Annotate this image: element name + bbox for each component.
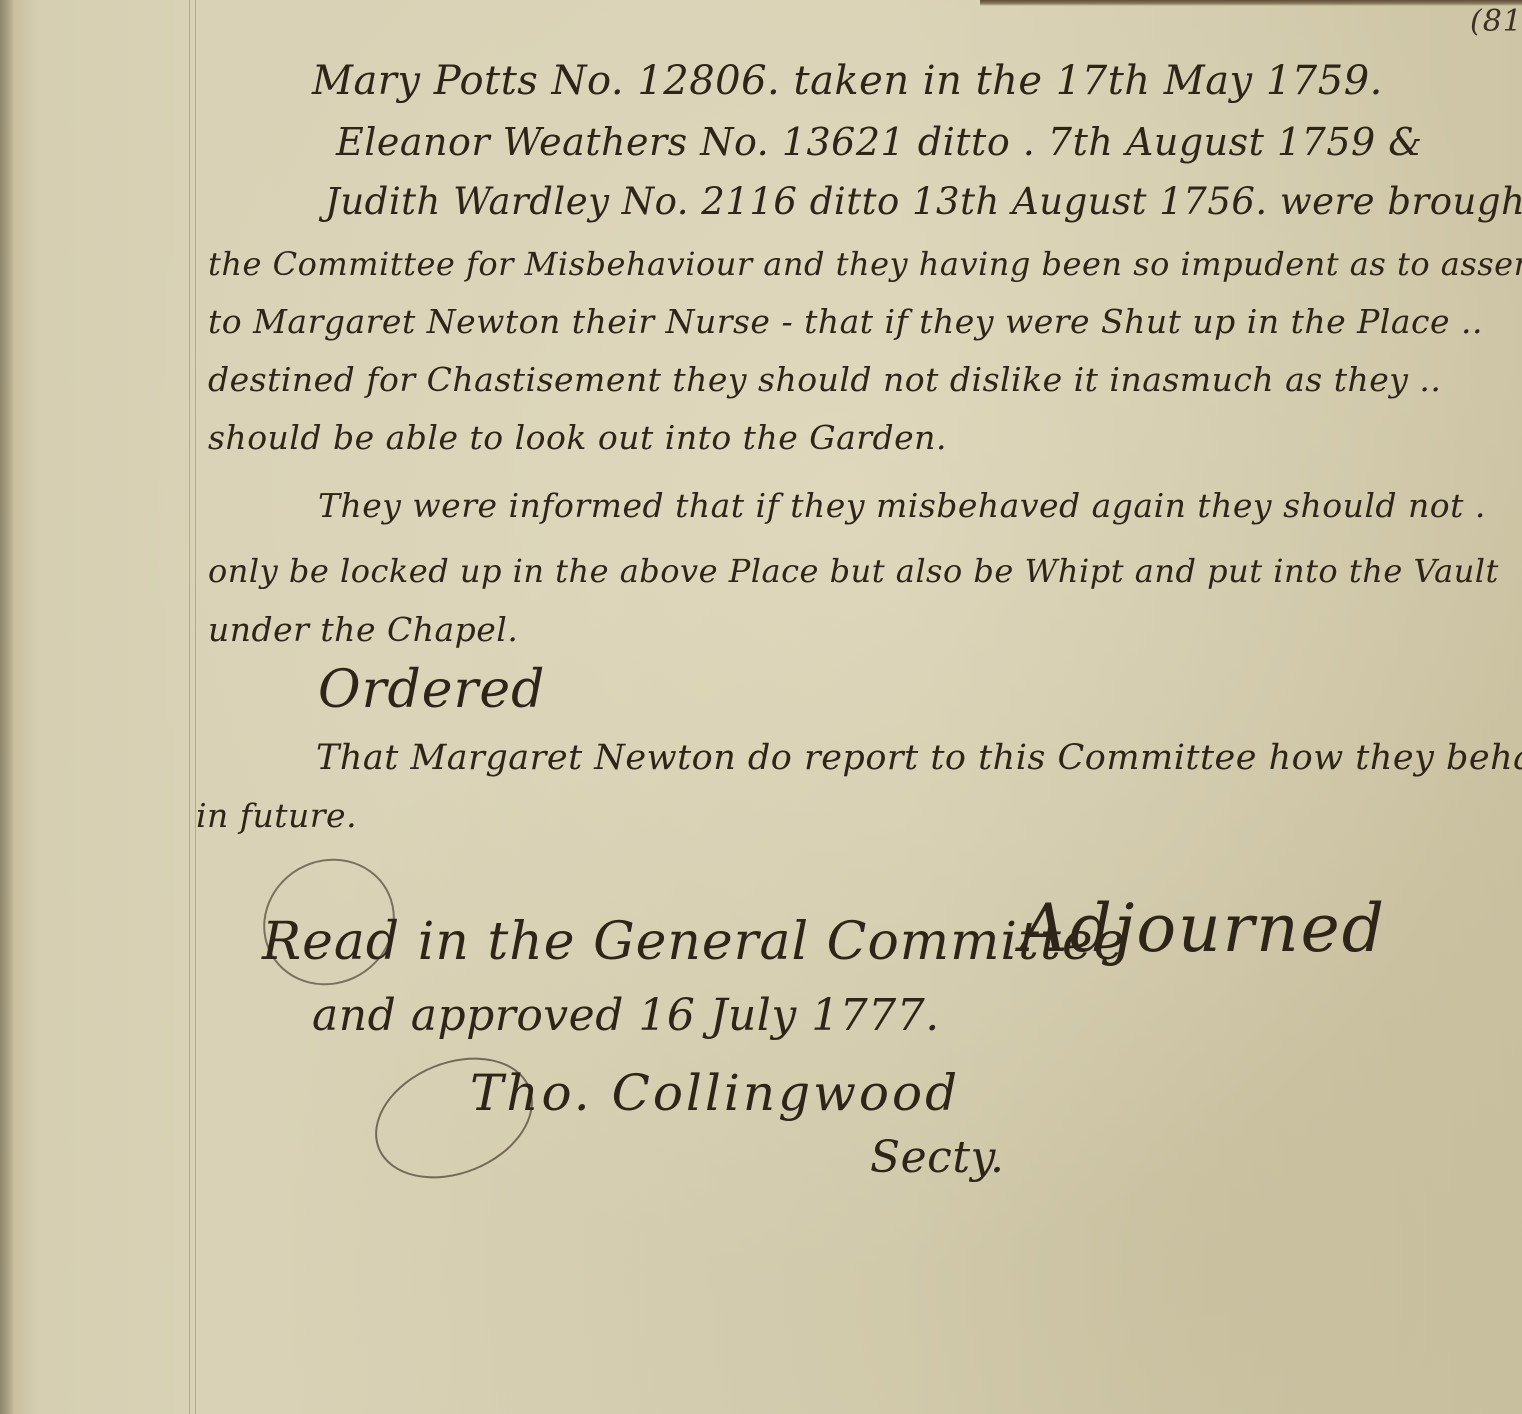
entry-line-9: only be locked up in the above Place but… (208, 552, 1499, 590)
entry-line-7: should be able to look out into the Gard… (208, 418, 947, 457)
margin-rule-right (195, 0, 196, 1414)
entry-line-8: They were informed that if they misbehav… (318, 486, 1486, 525)
order-line-2: in future. (196, 796, 357, 835)
signature: Tho. Collingwood (470, 1064, 960, 1122)
entry-line-1: Mary Potts No. 12806. taken in the 17th … (312, 58, 1383, 104)
entry-line-3: Judith Wardley No. 2116 ditto 13th Augus… (325, 180, 1522, 223)
entry-line-6: destined for Chastisement they should no… (208, 360, 1441, 399)
entry-line-2: Eleanor Weathers No. 13621 ditto . 7th A… (336, 120, 1423, 164)
signature-title: Secty. (870, 1132, 1005, 1183)
entry-line-4: the Committee for Misbehaviour and they … (208, 245, 1522, 283)
read-in-general-committee: Read in the General Committee (262, 912, 1125, 972)
order-line-1: That Margaret Newton do report to this C… (316, 738, 1522, 778)
page-number: (81 (1470, 4, 1522, 39)
binding-edge (0, 0, 14, 1414)
adjourned-label: Adjourned (1020, 890, 1386, 967)
entry-line-10: under the Chapel. (208, 610, 518, 649)
margin-rule-left (189, 0, 190, 1414)
entry-line-5: to Margaret Newton their Nurse - that if… (208, 302, 1483, 341)
manuscript-page: (81 Mary Potts No. 12806. taken in the 1… (0, 0, 1522, 1414)
ordered-heading: Ordered (318, 660, 545, 720)
page-top-edge (980, 0, 1522, 6)
approved-date: and approved 16 July 1777. (312, 990, 940, 1041)
